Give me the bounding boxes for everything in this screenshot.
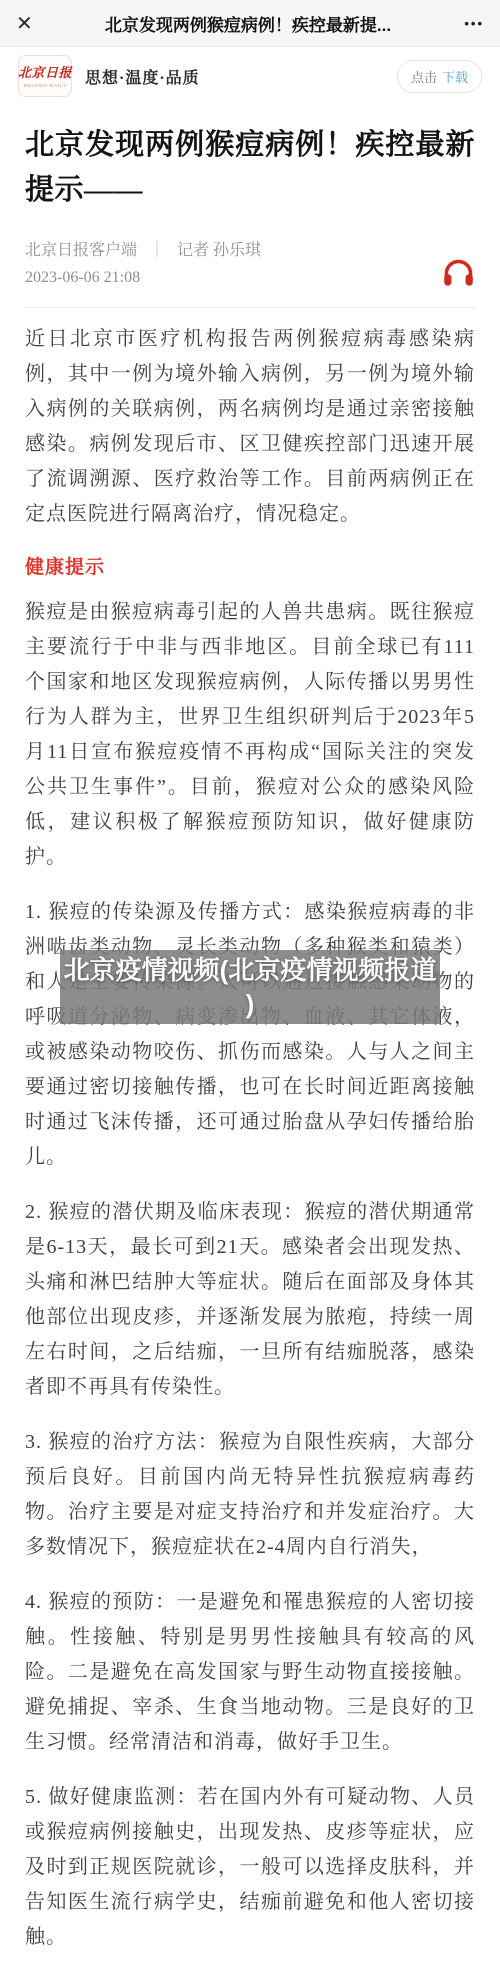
article-body: 近日北京市医疗机构报告两例猴痘病毒感染病例，其中一例为境外输入病例，另一例为境外…	[25, 322, 475, 1955]
article: 北京发现两例猴痘病例！疾控最新提示—— 北京日报客户端｜记者 孙乐琪 2023-…	[0, 123, 500, 1955]
download-button[interactable]: 点击 下载	[397, 60, 482, 93]
article-datetime: 2023-06-06 21:08	[25, 269, 475, 287]
logo-chinese-text: 北京日报	[18, 62, 72, 81]
page: ✕ 北京发现两例猴痘病例！疾控最新提... ••• 北京日报 BEIJING D…	[0, 0, 500, 1980]
keyword-link-tooltip[interactable]: 北京疫情视频(北京疫情视频报道)	[60, 950, 440, 1024]
download-prefix-label: 点击	[411, 67, 437, 86]
paragraph-item-4-prevention: 4. 猴痘的预防：一是避免和罹患猴痘的人密切接触。性接触、特别是男男性接触具有较…	[25, 1585, 475, 1760]
more-menu-icon[interactable]: •••	[450, 16, 484, 31]
byline: 北京日报客户端｜记者 孙乐琪 2023-06-06 21:08	[25, 237, 475, 287]
health-tips-heading: 健康提示	[25, 552, 475, 579]
byline-separator: ｜	[149, 242, 165, 259]
listen-audio-icon[interactable]	[442, 257, 475, 288]
article-source: 北京日报客户端	[25, 242, 137, 259]
article-reporter: 记者 孙乐琪	[177, 242, 261, 259]
app-slogan: 思想·温度·品质	[85, 65, 200, 88]
paragraph-item-1-transmission: 1. 猴痘的传染源及传播方式：感染猴痘病毒的非洲啮齿类动物、灵长类动物（多种猴类…	[25, 895, 475, 1175]
paragraph-overview: 猴痘是由猴痘病毒引起的人兽共患病。既往猴痘主要流行于中非与西非地区。目前全球已有…	[25, 595, 475, 875]
paragraph-item-5-monitoring: 5. 做好健康监测：若在国内外有可疑动物、人员或猴痘病例接触史，出现发热、皮疹等…	[25, 1780, 475, 1955]
logo-english-text: BEIJING DAILY	[24, 83, 67, 89]
article-title: 北京发现两例猴痘病例！疾控最新提示——	[25, 123, 475, 213]
paragraph-intro: 近日北京市医疗机构报告两例猴痘病毒感染病例，其中一例为境外输入病例，另一例为境外…	[25, 322, 475, 532]
paragraph-item-3-treatment: 3. 猴痘的治疗方法：猴痘为自限性疾病，大部分预后良好。目前国内尚无特异性抗猴痘…	[25, 1425, 475, 1565]
browser-titlebar: ✕ 北京发现两例猴痘病例！疾控最新提... •••	[0, 0, 500, 47]
paragraph-item-2-incubation: 2. 猴痘的潜伏期及临床表现：猴痘的潜伏期通常是6-13天，最长可到21天。感染…	[25, 1195, 475, 1405]
divider	[25, 307, 475, 308]
beijing-daily-logo[interactable]: 北京日报 BEIJING DAILY	[18, 55, 72, 97]
titlebar-title: 北京发现两例猴痘病例！疾控最新提...	[46, 11, 450, 36]
download-action-label: 下载	[442, 67, 468, 86]
close-icon[interactable]: ✕	[16, 11, 46, 36]
app-download-banner: 北京日报 BEIJING DAILY 思想·温度·品质 点击 下载	[0, 47, 500, 105]
byline-row: 北京日报客户端｜记者 孙乐琪	[25, 237, 475, 260]
